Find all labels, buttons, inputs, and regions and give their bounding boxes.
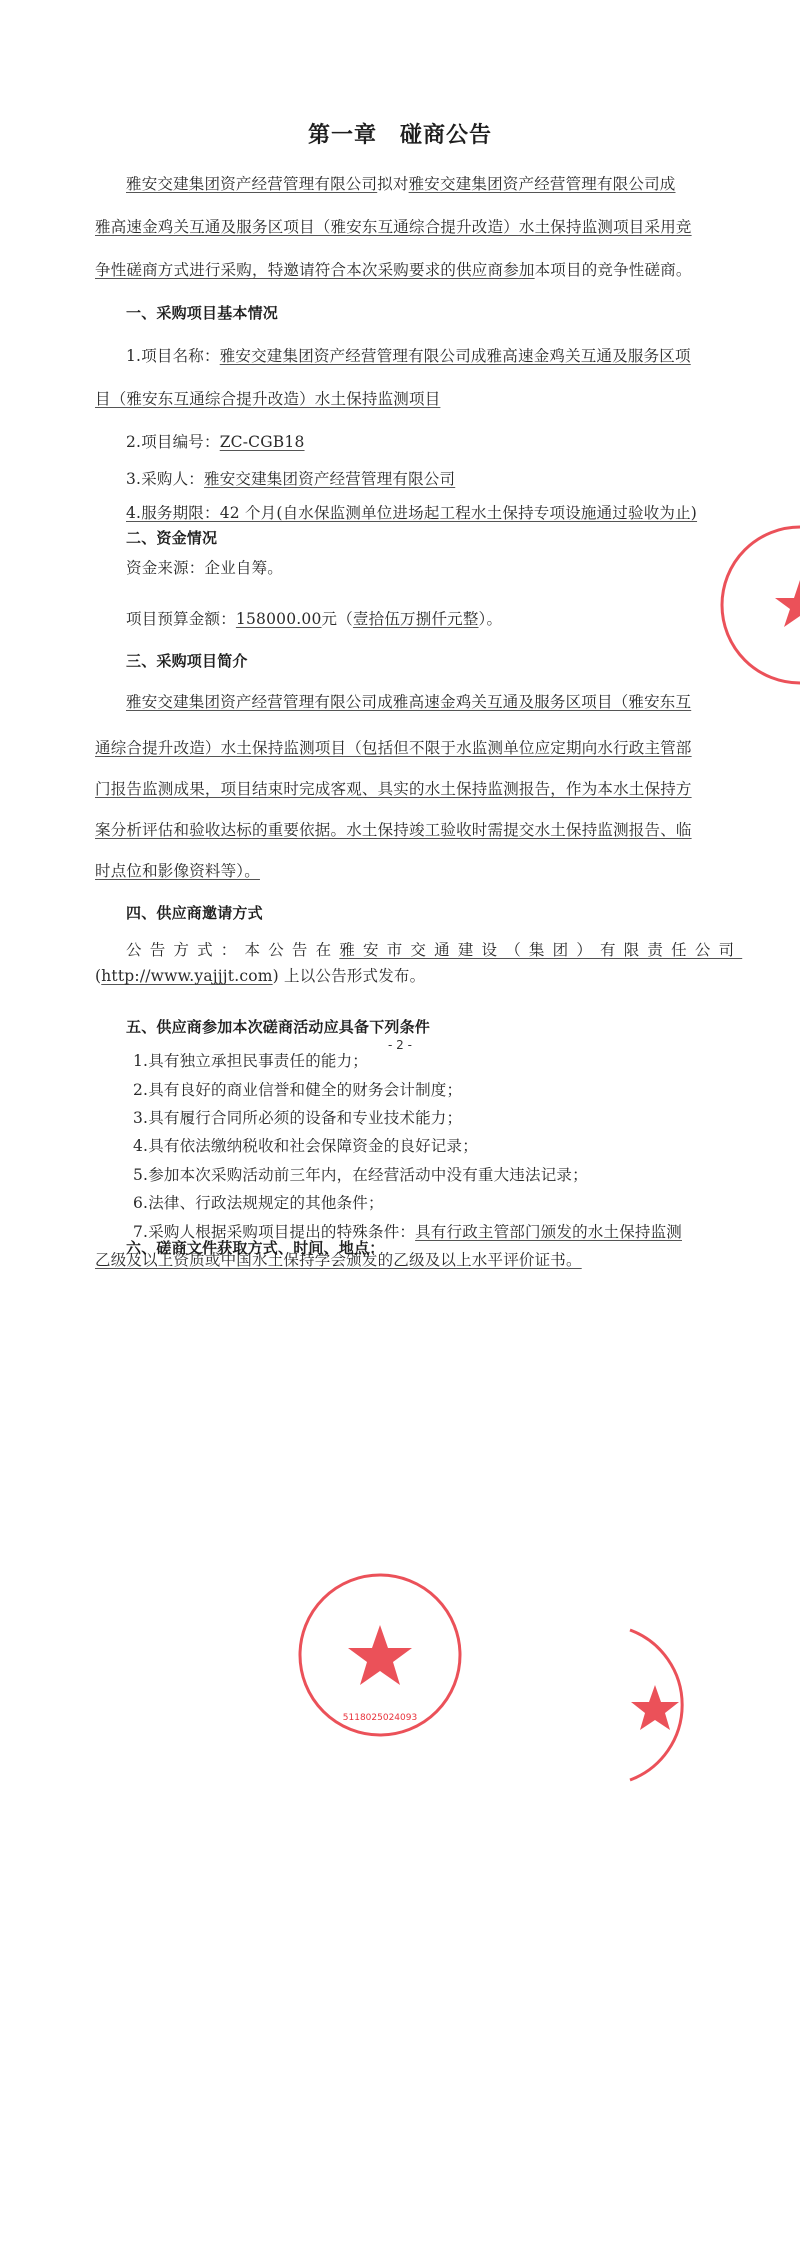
condition-item: 2.具有良好的商业信誉和健全的财务会计制度； bbox=[133, 1080, 462, 1100]
budget-words: 壹拾伍万捌仟元整 bbox=[353, 610, 479, 628]
budget-unit: 元（ bbox=[322, 610, 353, 628]
field-label: 3.采购人： bbox=[126, 470, 204, 488]
section-2-heading: 二、资金情况 bbox=[126, 528, 217, 548]
intro-line-2: 雅高速金鸡关互通及服务区项目（雅安东互通综合提升改造）水土保持监测项目采用竞 bbox=[95, 217, 692, 237]
summary-line-4: 案分析评估和验收达标的重要依据。水土保持竣工验收时需提交水土保持监测报告、临 bbox=[95, 820, 692, 840]
field-value: 雅安交建集团资产经营管理有限公司成雅高速金鸡关互通及服务区项 bbox=[220, 347, 691, 365]
stamp-number: 5118025024093 bbox=[343, 1713, 417, 1723]
funding-source: 资金来源：企业自筹。 bbox=[126, 558, 283, 578]
section-3-heading: 三、采购项目简介 bbox=[126, 651, 248, 671]
summary-line-2: 通综合提升改造）水土保持监测项目（包括但不限于水监测单位应定期向水行政主管部 bbox=[95, 738, 692, 758]
section-1-heading: 一、采购项目基本情况 bbox=[126, 303, 278, 323]
budget-value: 158000.00 bbox=[236, 610, 322, 628]
item-project-name-cont: 目（雅安东互通综合提升改造）水土保持监测项目 bbox=[95, 389, 440, 409]
company-seal-stamp: 5118025024093 bbox=[295, 1570, 465, 1740]
item-purchaser: 3.采购人：雅安交建集团资产经营管理有限公司 bbox=[126, 469, 455, 489]
intro-text: 本项目的竞争性磋商。 bbox=[535, 261, 692, 279]
publisher-url-link[interactable]: http://www.yajjjt.com bbox=[101, 967, 272, 985]
section-6-heading: 六、磋商文件获取方式、时间、地点： bbox=[126, 1238, 384, 1258]
condition-item: 6.法律、行政法规规定的其他条件； bbox=[133, 1193, 384, 1213]
condition-item: 4.具有依法缴纳税收和社会保障资金的良好记录； bbox=[133, 1136, 478, 1156]
url-suffix: ) 上以公告形式发布。 bbox=[273, 967, 426, 985]
item-project-name: 1.项目名称：雅安交建集团资产经营管理有限公司成雅高速金鸡关互通及服务区项 bbox=[126, 346, 691, 366]
field-label: 项目预算金额： bbox=[126, 610, 236, 628]
budget-end: ）。 bbox=[479, 610, 503, 628]
chapter-title: 第一章 碰商公告 bbox=[0, 118, 800, 149]
company-seal-stamp-partial bbox=[720, 520, 800, 690]
field-label: 公告方式：本公告在 bbox=[126, 941, 339, 959]
field-value: 具有行政主管部门颁发的水土保持监测 bbox=[415, 1223, 682, 1241]
condition-item: 5.参加本次采购活动前三年内，在经营活动中没有重大违法记录； bbox=[133, 1165, 588, 1185]
field-label: 1.项目名称： bbox=[126, 347, 220, 365]
purchaser-name: 雅安交建集团资产经营管理有限公司 bbox=[126, 175, 377, 193]
project-name-part: 雅安交建集团资产经营管理有限公司成 bbox=[409, 175, 676, 193]
item-project-number: 2.项目编号：ZC-CGB18 bbox=[126, 432, 305, 452]
condition-item: 3.具有履行合同所必须的设备和专业技术能力； bbox=[133, 1108, 462, 1128]
section-4-heading: 四、供应商邀请方式 bbox=[126, 903, 263, 923]
condition-item: 1.具有独立承担民事责任的能力； bbox=[133, 1051, 368, 1071]
budget-amount: 项目预算金额：158000.00元（壹拾伍万捌仟元整）。 bbox=[126, 609, 502, 629]
field-value: ZC-CGB18 bbox=[220, 433, 305, 451]
intro-text-underlined: 争性磋商方式进行采购，特邀请符合本次采购要求的供应商参加 bbox=[95, 261, 535, 279]
summary-line-1: 雅安交建集团资产经营管理有限公司成雅高速金鸡关互通及服务区项目（雅安东互 bbox=[126, 692, 691, 712]
section-5-heading: 五、供应商参加本次磋商活动应具备下列条件 bbox=[126, 1017, 430, 1037]
publisher-name: 雅安市交通建设（集团）有限责任公司 bbox=[339, 941, 742, 959]
intro-line-1: 雅安交建集团资产经营管理有限公司拟对雅安交建集团资产经营管理有限公司成 bbox=[126, 174, 676, 194]
field-value: 雅安交建集团资产经营管理有限公司 bbox=[204, 470, 455, 488]
summary-line-3: 门报告监测成果，项目结束时完成客观、具实的水土保持监测报告，作为本水土保持方 bbox=[95, 779, 692, 799]
intro-text: 拟对 bbox=[377, 175, 408, 193]
announcement-method: 公告方式：本公告在雅安市交通建设（集团）有限责任公司 bbox=[126, 940, 742, 960]
field-label: 2.项目编号： bbox=[126, 433, 220, 451]
intro-line-3: 争性磋商方式进行采购，特邀请符合本次采购要求的供应商参加本项目的竞争性磋商。 bbox=[95, 260, 692, 280]
page-number-2: - 2 - bbox=[0, 1038, 800, 1052]
announcement-url-line: (http://www.yajjjt.com) 上以公告形式发布。 bbox=[95, 966, 425, 986]
paging-seal-stamp bbox=[625, 1620, 745, 1790]
summary-line-5: 时点位和影像资料等）。 bbox=[95, 861, 260, 881]
item-service-period: 4.服务期限：42 个月(自水保监测单位进场起工程水土保持专项设施通过验收为止) bbox=[126, 503, 697, 523]
